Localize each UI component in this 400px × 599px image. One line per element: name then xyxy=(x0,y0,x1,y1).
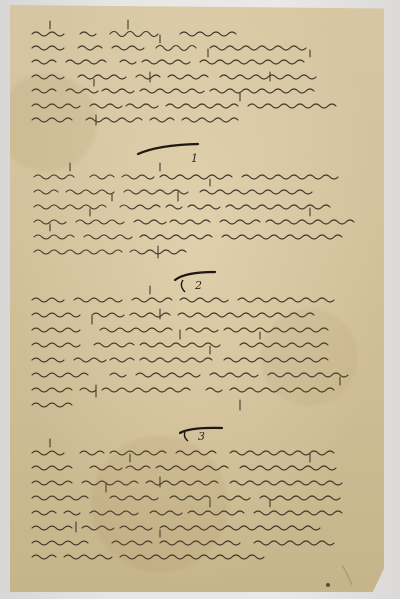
section-number-3: 3 xyxy=(198,430,205,443)
paragraph-section-2: [illegible handwritten paragraph — secti… xyxy=(10,5,11,6)
section-number-2: 2 xyxy=(195,279,202,292)
handwriting-strokes xyxy=(10,5,384,592)
manuscript-page: 1 2 3 [illegible handwritten paragraph —… xyxy=(10,5,384,592)
paragraph-opening: [illegible handwritten paragraph — openi… xyxy=(10,5,11,6)
paragraph-section-3: [illegible handwritten paragraph — secti… xyxy=(10,5,11,6)
paragraph-section-1: [illegible handwritten paragraph — secti… xyxy=(10,5,11,6)
section-number-1: 1 xyxy=(191,152,198,165)
